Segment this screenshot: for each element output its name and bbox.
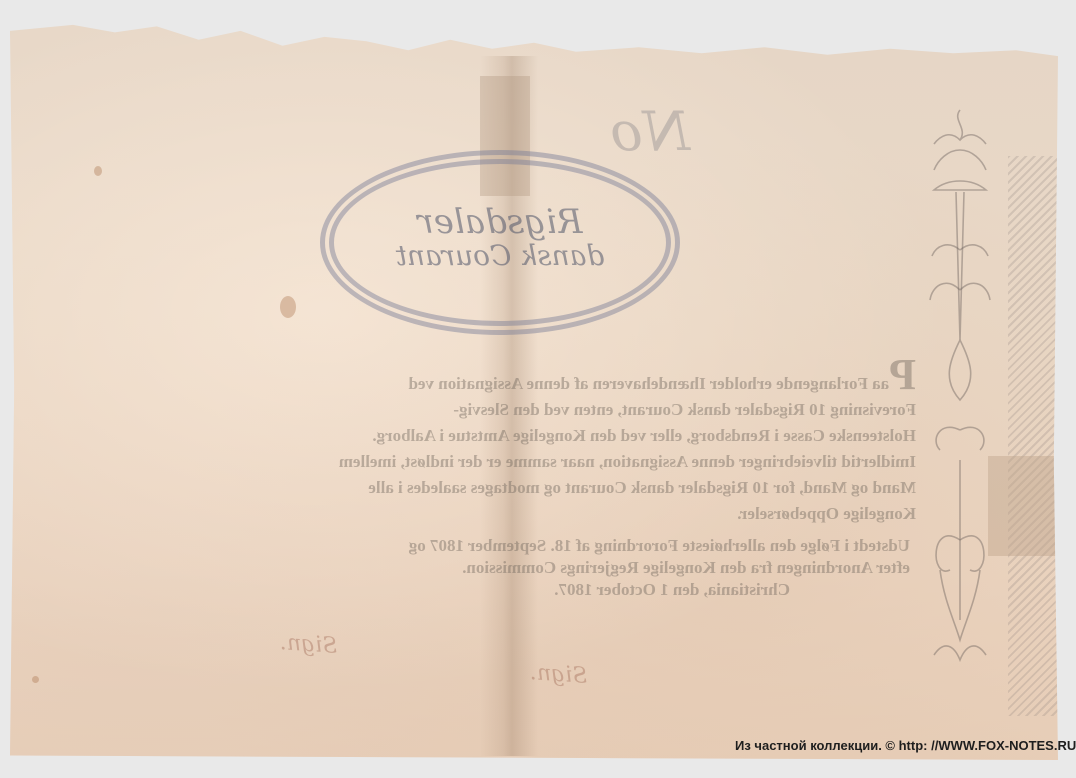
decree-line-2: efter Anordningen fra den Kongelige Regj… xyxy=(240,557,910,579)
stain xyxy=(32,676,39,683)
obligation-line-6: Kongelige Oppebørseler. xyxy=(96,501,916,527)
floral-ornament-icon xyxy=(920,100,1000,680)
obligation-text: Paa Forlangende erholder Ihændehaveren a… xyxy=(96,362,916,527)
decree-line-1: Udstedt i Følge den allerhøieste Forordn… xyxy=(240,535,910,557)
denomination-text: Rigsdaler dansk Courant xyxy=(360,205,640,273)
signature-right: Sign. xyxy=(529,660,588,689)
obligation-line-3: Holsteenske Casse i Rendsborg, eller ved… xyxy=(96,423,916,449)
drop-cap: P xyxy=(889,350,916,399)
obligation-line-2: Forevisning 10 Rigsdaler dansk Courant, … xyxy=(96,397,916,423)
decree-text: Udstedt i Følge den allerhøieste Forordn… xyxy=(240,535,910,601)
stain xyxy=(280,296,296,318)
collection-watermark: Из частной коллекции. © http: //WWW.FOX-… xyxy=(735,738,1076,753)
obligation-line-4: Imidlertid tilveiebringer denne Assignat… xyxy=(96,449,916,475)
decree-date-line: Christiania, den 1 October 1807. xyxy=(240,579,910,601)
hatched-border xyxy=(1008,156,1064,716)
obligation-line-1: Paa Forlangende erholder Ihændehaveren a… xyxy=(96,362,916,397)
serial-number-mark: No xyxy=(600,100,690,170)
obligation-line-5: Mand og Mand, for 10 Rigsdaler dansk Cou… xyxy=(96,475,916,501)
signature-left: Sign. xyxy=(279,630,338,659)
stain xyxy=(94,166,102,176)
denomination-line-2: dansk Courant xyxy=(360,239,640,273)
denomination-line-1: Rigsdaler xyxy=(360,205,640,239)
